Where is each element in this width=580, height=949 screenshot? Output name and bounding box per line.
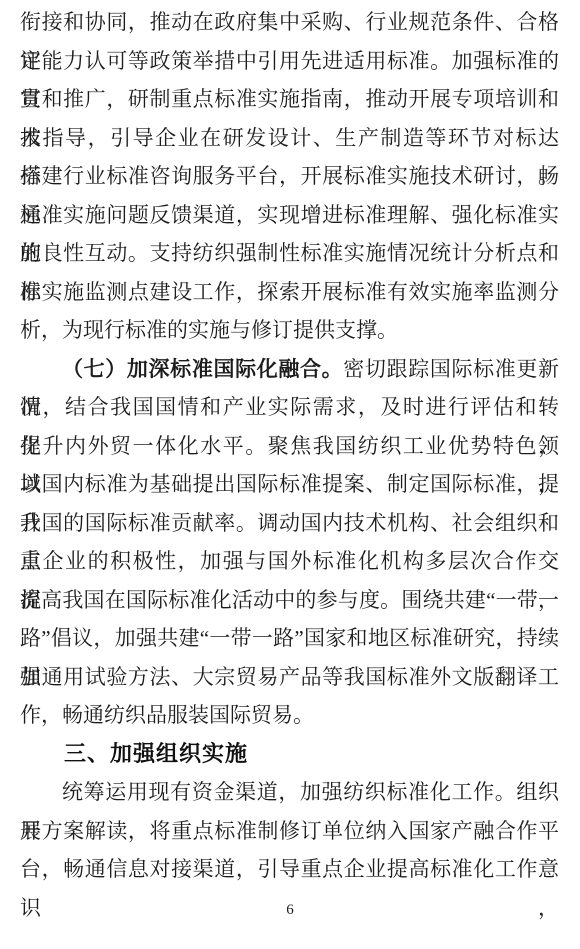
text-line: 展方案解读，将重点标准制修订单位纳入国家产融合作平 [20,812,559,851]
text-line: 我国的国际标准贡献率。调动国内技术机构、社会组织和重 [20,504,559,543]
document-page: 衔接和协同，推动在政府集中采购、行业规范条件、合格评 定能力认可等政策举措中引用… [0,0,580,949]
paragraph-lead-line: （七）加深标准国际化融合。密切跟踪国际标准更新情 [20,350,559,389]
text-line: 提升内外贸一体化水平。聚焦我国纺织工业优势特色领域， [20,427,559,466]
text-line: 台，畅通信息对接渠道，引导重点企业提高标准化工作意识， [20,850,559,889]
text-line: 统筹运用现有资金渠道，加强纺织标准化工作。组织开 [20,773,559,812]
text-line: 贯和推广，研制重点标准实施指南，推动开展专项培训和技 [20,80,559,119]
text-line: 术指导，引导企业在研发设计、生产制造等环节对标达标。 [20,119,559,158]
text-line: 的良性互动。支持纺织强制性标准实施情况统计分析点和标 [20,234,559,273]
text-line: 况，结合我国国情和产业实际需求，及时进行评估和转化， [20,388,559,427]
text-line: 提高我国在国际标准化活动中的参与度。围绕共建“一带一 [20,581,559,620]
text-line: 以国内标准为基础提出国际标准提案、制定国际标准，提升 [20,465,559,504]
section-lead-bold: （七）加深标准国际化融合。 [62,357,343,381]
page-number: 6 [0,898,580,922]
text-line: 标准实施问题反馈渠道，实现增进标准理解、强化标准实施 [20,196,559,235]
text-line: 定能力认可等政策举措中引用先进适用标准。加强标准的宣 [20,42,559,81]
document-text: 衔接和协同，推动在政府集中采购、行业规范条件、合格评 定能力认可等政策举措中引用… [20,3,559,889]
text-line: 路”倡议，加强共建“一带一路”国家和地区标准研究，持续加 [20,619,559,658]
section-heading: 三、加强组织实施 [20,735,559,774]
text-line: 作，畅通纺织品服装国际贸易。 [20,696,559,735]
text-line: 点企业的积极性，加强与国外标准化机构多层次合作交流， [20,542,559,581]
text-line: 强通用试验方法、大宗贸易产品等我国标准外文版翻译工 [20,658,559,697]
text-line: 析，为现行标准的实施与修订提供支撑。 [20,311,559,350]
text-line: 衔接和协同，推动在政府集中采购、行业规范条件、合格评 [20,3,559,42]
text-line: 搭建行业标准咨询服务平台，开展标准实施技术研讨，畅通 [20,157,559,196]
text-line: 准实施监测点建设工作，探索开展标准有效实施率监测分 [20,273,559,312]
